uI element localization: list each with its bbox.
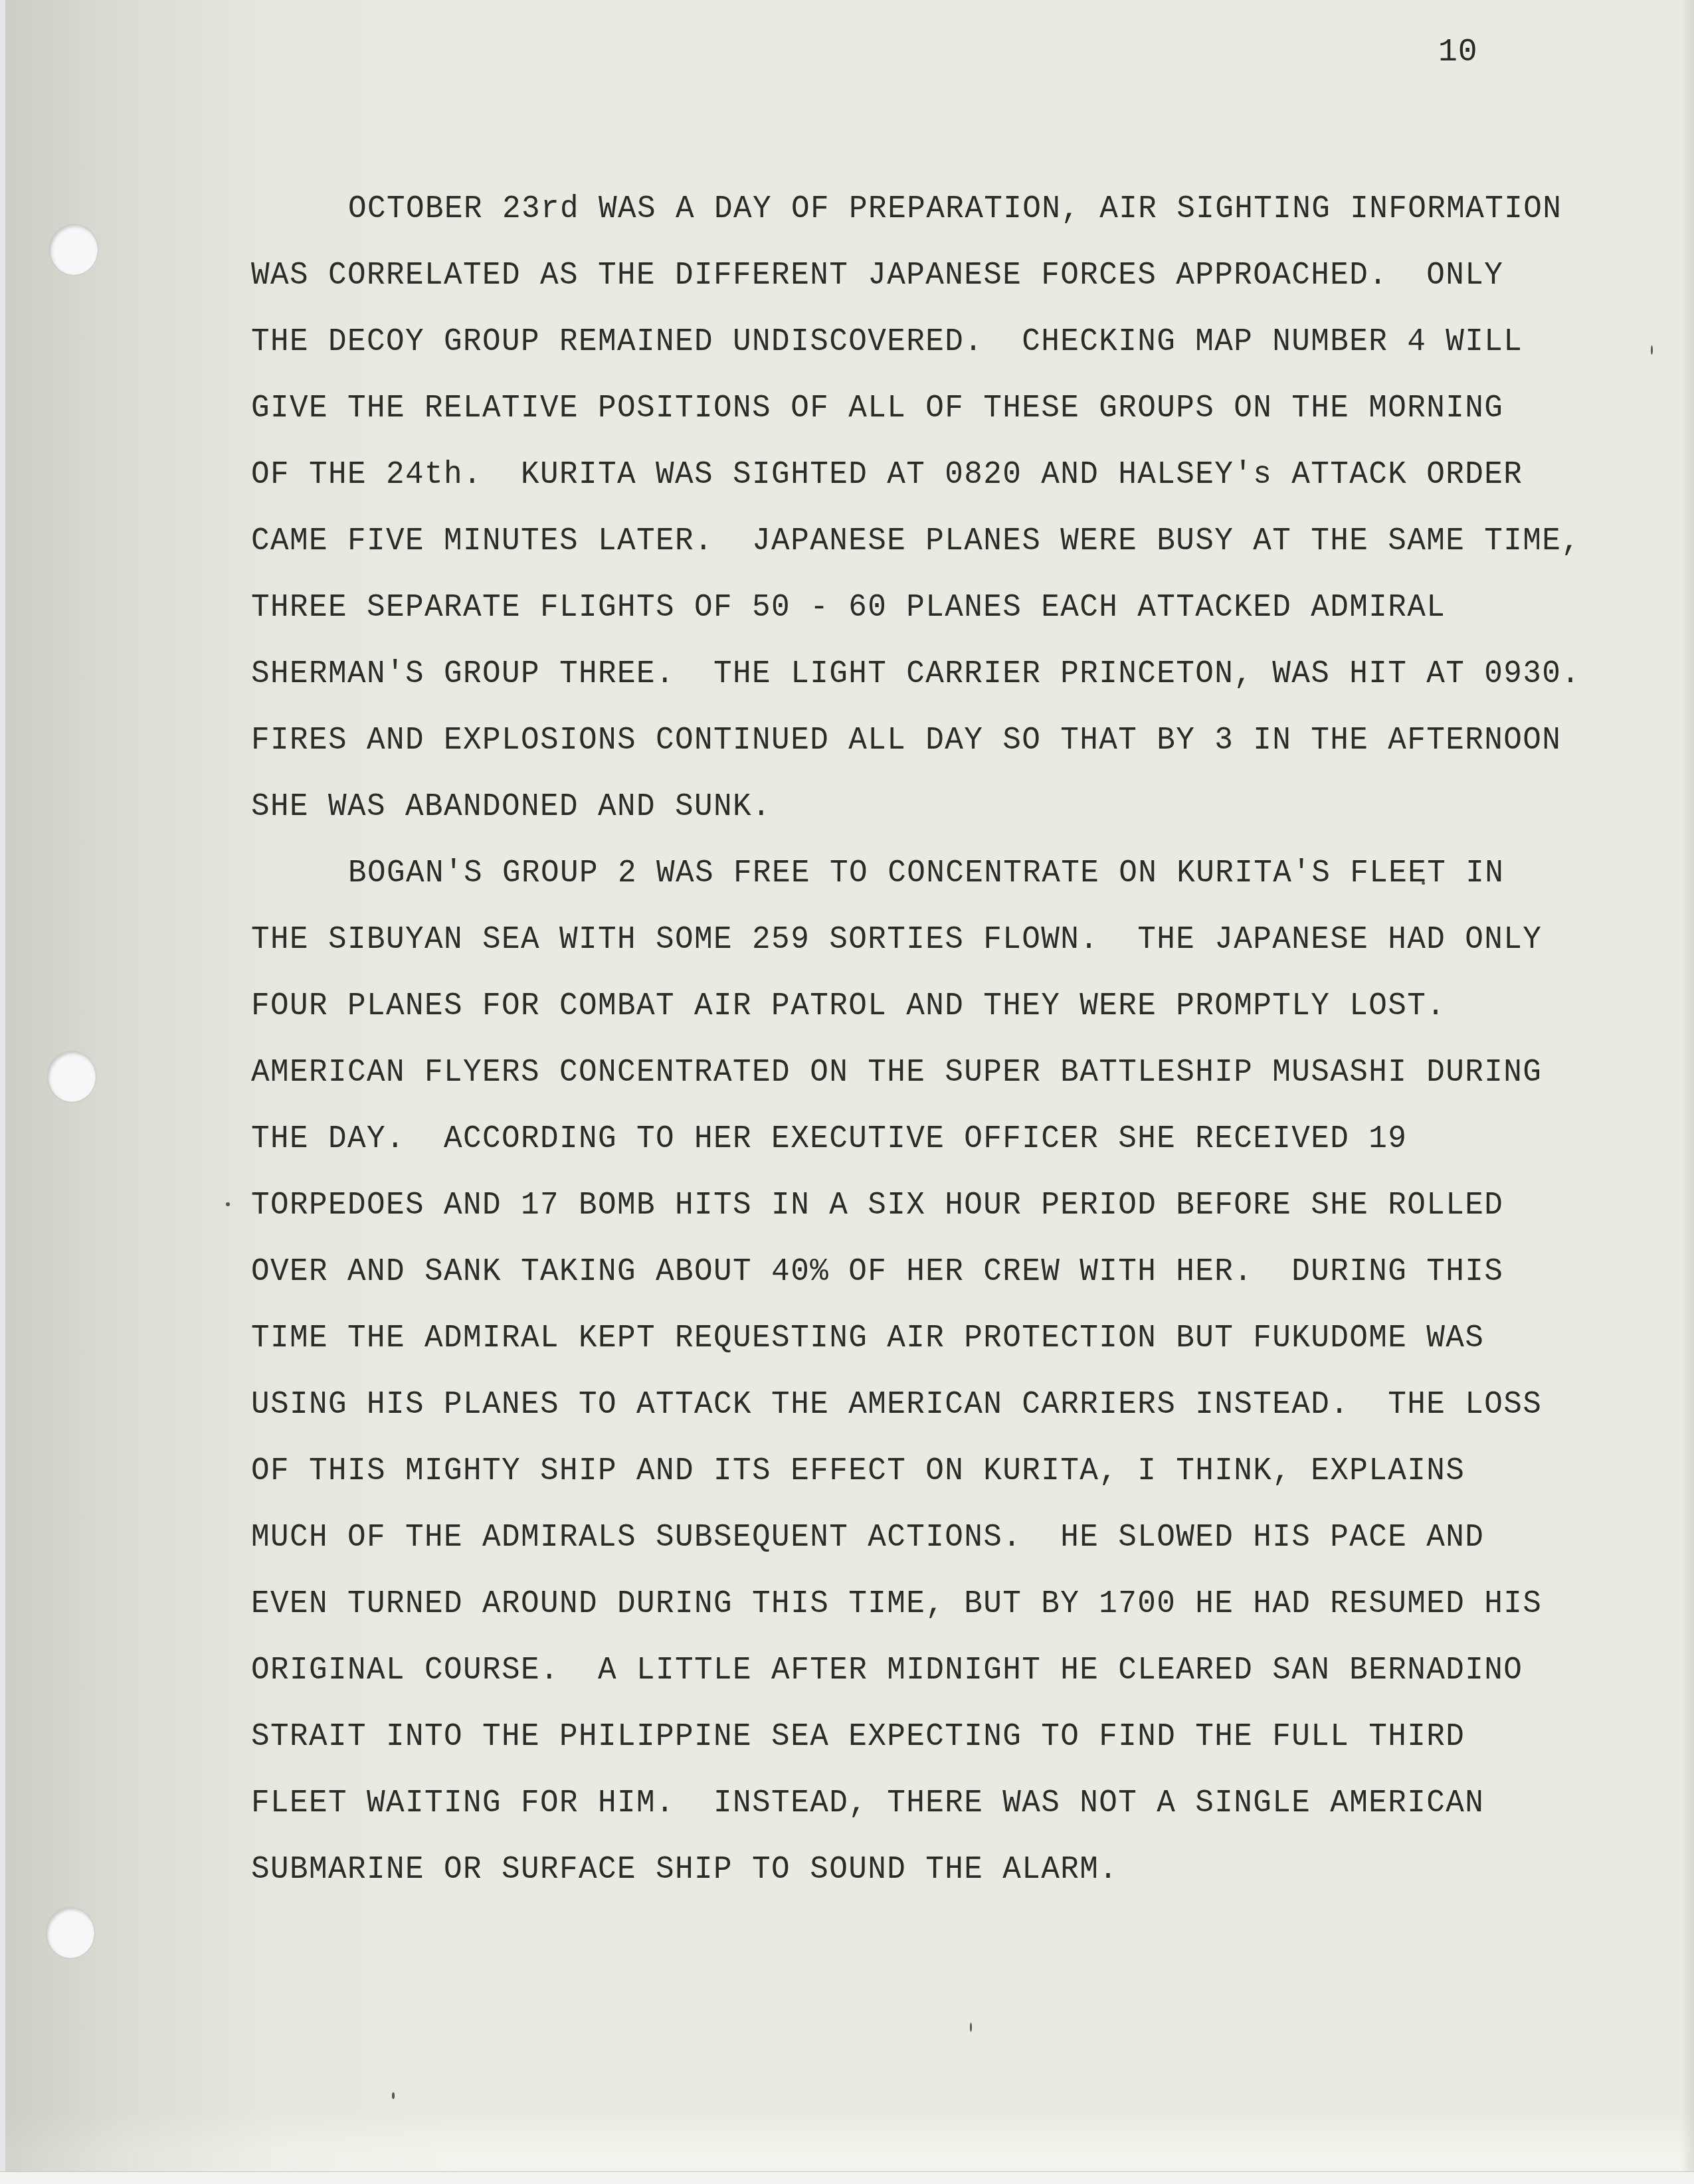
text-line: USING HIS PLANES TO ATTACK THE AMERICAN … bbox=[251, 1385, 1542, 1424]
text-line: WAS CORRELATED AS THE DIFFERENT JAPANESE… bbox=[251, 256, 1503, 295]
punch-hole-top bbox=[50, 225, 98, 275]
scan-edge-right bbox=[1681, 0, 1694, 2184]
document-page: 10 OCTOBER 23rd WAS A DAY OF PREPARATION… bbox=[0, 0, 1694, 2184]
text-line: AMERICAN FLYERS CONCENTRATED ON THE SUPE… bbox=[251, 1053, 1542, 1092]
text-line: THE DECOY GROUP REMAINED UNDISCOVERED. C… bbox=[251, 322, 1523, 361]
page-number: 10 bbox=[1438, 35, 1478, 70]
text-line: TORPEDOES AND 17 BOMB HITS IN A SIX HOUR… bbox=[251, 1186, 1503, 1225]
paper-speck bbox=[226, 1202, 230, 1206]
text-line: OVER AND SANK TAKING ABOUT 40% OF HER CR… bbox=[251, 1252, 1503, 1291]
text-line: THE SIBUYAN SEA WITH SOME 259 SORTIES FL… bbox=[251, 920, 1542, 959]
punch-hole-bottom bbox=[47, 1908, 94, 1958]
punch-hole-middle bbox=[48, 1051, 96, 1102]
text-line: GIVE THE RELATIVE POSITIONS OF ALL OF TH… bbox=[251, 389, 1503, 428]
text-line: OF THIS MIGHTY SHIP AND ITS EFFECT ON KU… bbox=[251, 1451, 1465, 1491]
text-line: TIME THE ADMIRAL KEPT REQUESTING AIR PRO… bbox=[251, 1319, 1484, 1358]
text-line: OCTOBER 23rd WAS A DAY OF PREPARATION, A… bbox=[348, 189, 1562, 228]
text-line: THE DAY. ACCORDING TO HER EXECUTIVE OFFI… bbox=[251, 1119, 1407, 1158]
text-line: OF THE 24th. KURITA WAS SIGHTED AT 0820 … bbox=[251, 455, 1523, 494]
text-line: ORIGINAL COURSE. A LITTLE AFTER MIDNIGHT… bbox=[251, 1651, 1523, 1690]
text-line: FOUR PLANES FOR COMBAT AIR PATROL AND TH… bbox=[251, 986, 1446, 1026]
paper-speck bbox=[1651, 345, 1653, 355]
text-line: SUBMARINE OR SURFACE SHIP TO SOUND THE A… bbox=[251, 1850, 1118, 1889]
text-line: FIRES AND EXPLOSIONS CONTINUED ALL DAY S… bbox=[251, 721, 1561, 760]
text-line: STRAIT INTO THE PHILIPPINE SEA EXPECTING… bbox=[251, 1717, 1465, 1756]
text-line: SHE WAS ABANDONED AND SUNK. bbox=[251, 787, 771, 826]
text-line: MUCH OF THE ADMIRALS SUBSEQUENT ACTIONS.… bbox=[251, 1518, 1484, 1557]
paper-speck bbox=[970, 2023, 972, 2032]
text-line: FLEET WAITING FOR HIM. INSTEAD, THERE WA… bbox=[251, 1783, 1484, 1823]
text-line: CAME FIVE MINUTES LATER. JAPANESE PLANES… bbox=[251, 521, 1580, 561]
scan-edge-bottom bbox=[0, 2171, 1694, 2184]
scan-edge-left bbox=[0, 0, 5, 2184]
text-line: EVEN TURNED AROUND DURING THIS TIME, BUT… bbox=[251, 1584, 1542, 1623]
text-line: THREE SEPARATE FLIGHTS OF 50 - 60 PLANES… bbox=[251, 588, 1446, 627]
paper-speck bbox=[392, 2092, 395, 2099]
text-line: SHERMAN'S GROUP THREE. THE LIGHT CARRIER… bbox=[251, 654, 1580, 693]
text-line: BOGAN'S GROUP 2 WAS FREE TO CONCENTRATE … bbox=[348, 854, 1504, 893]
